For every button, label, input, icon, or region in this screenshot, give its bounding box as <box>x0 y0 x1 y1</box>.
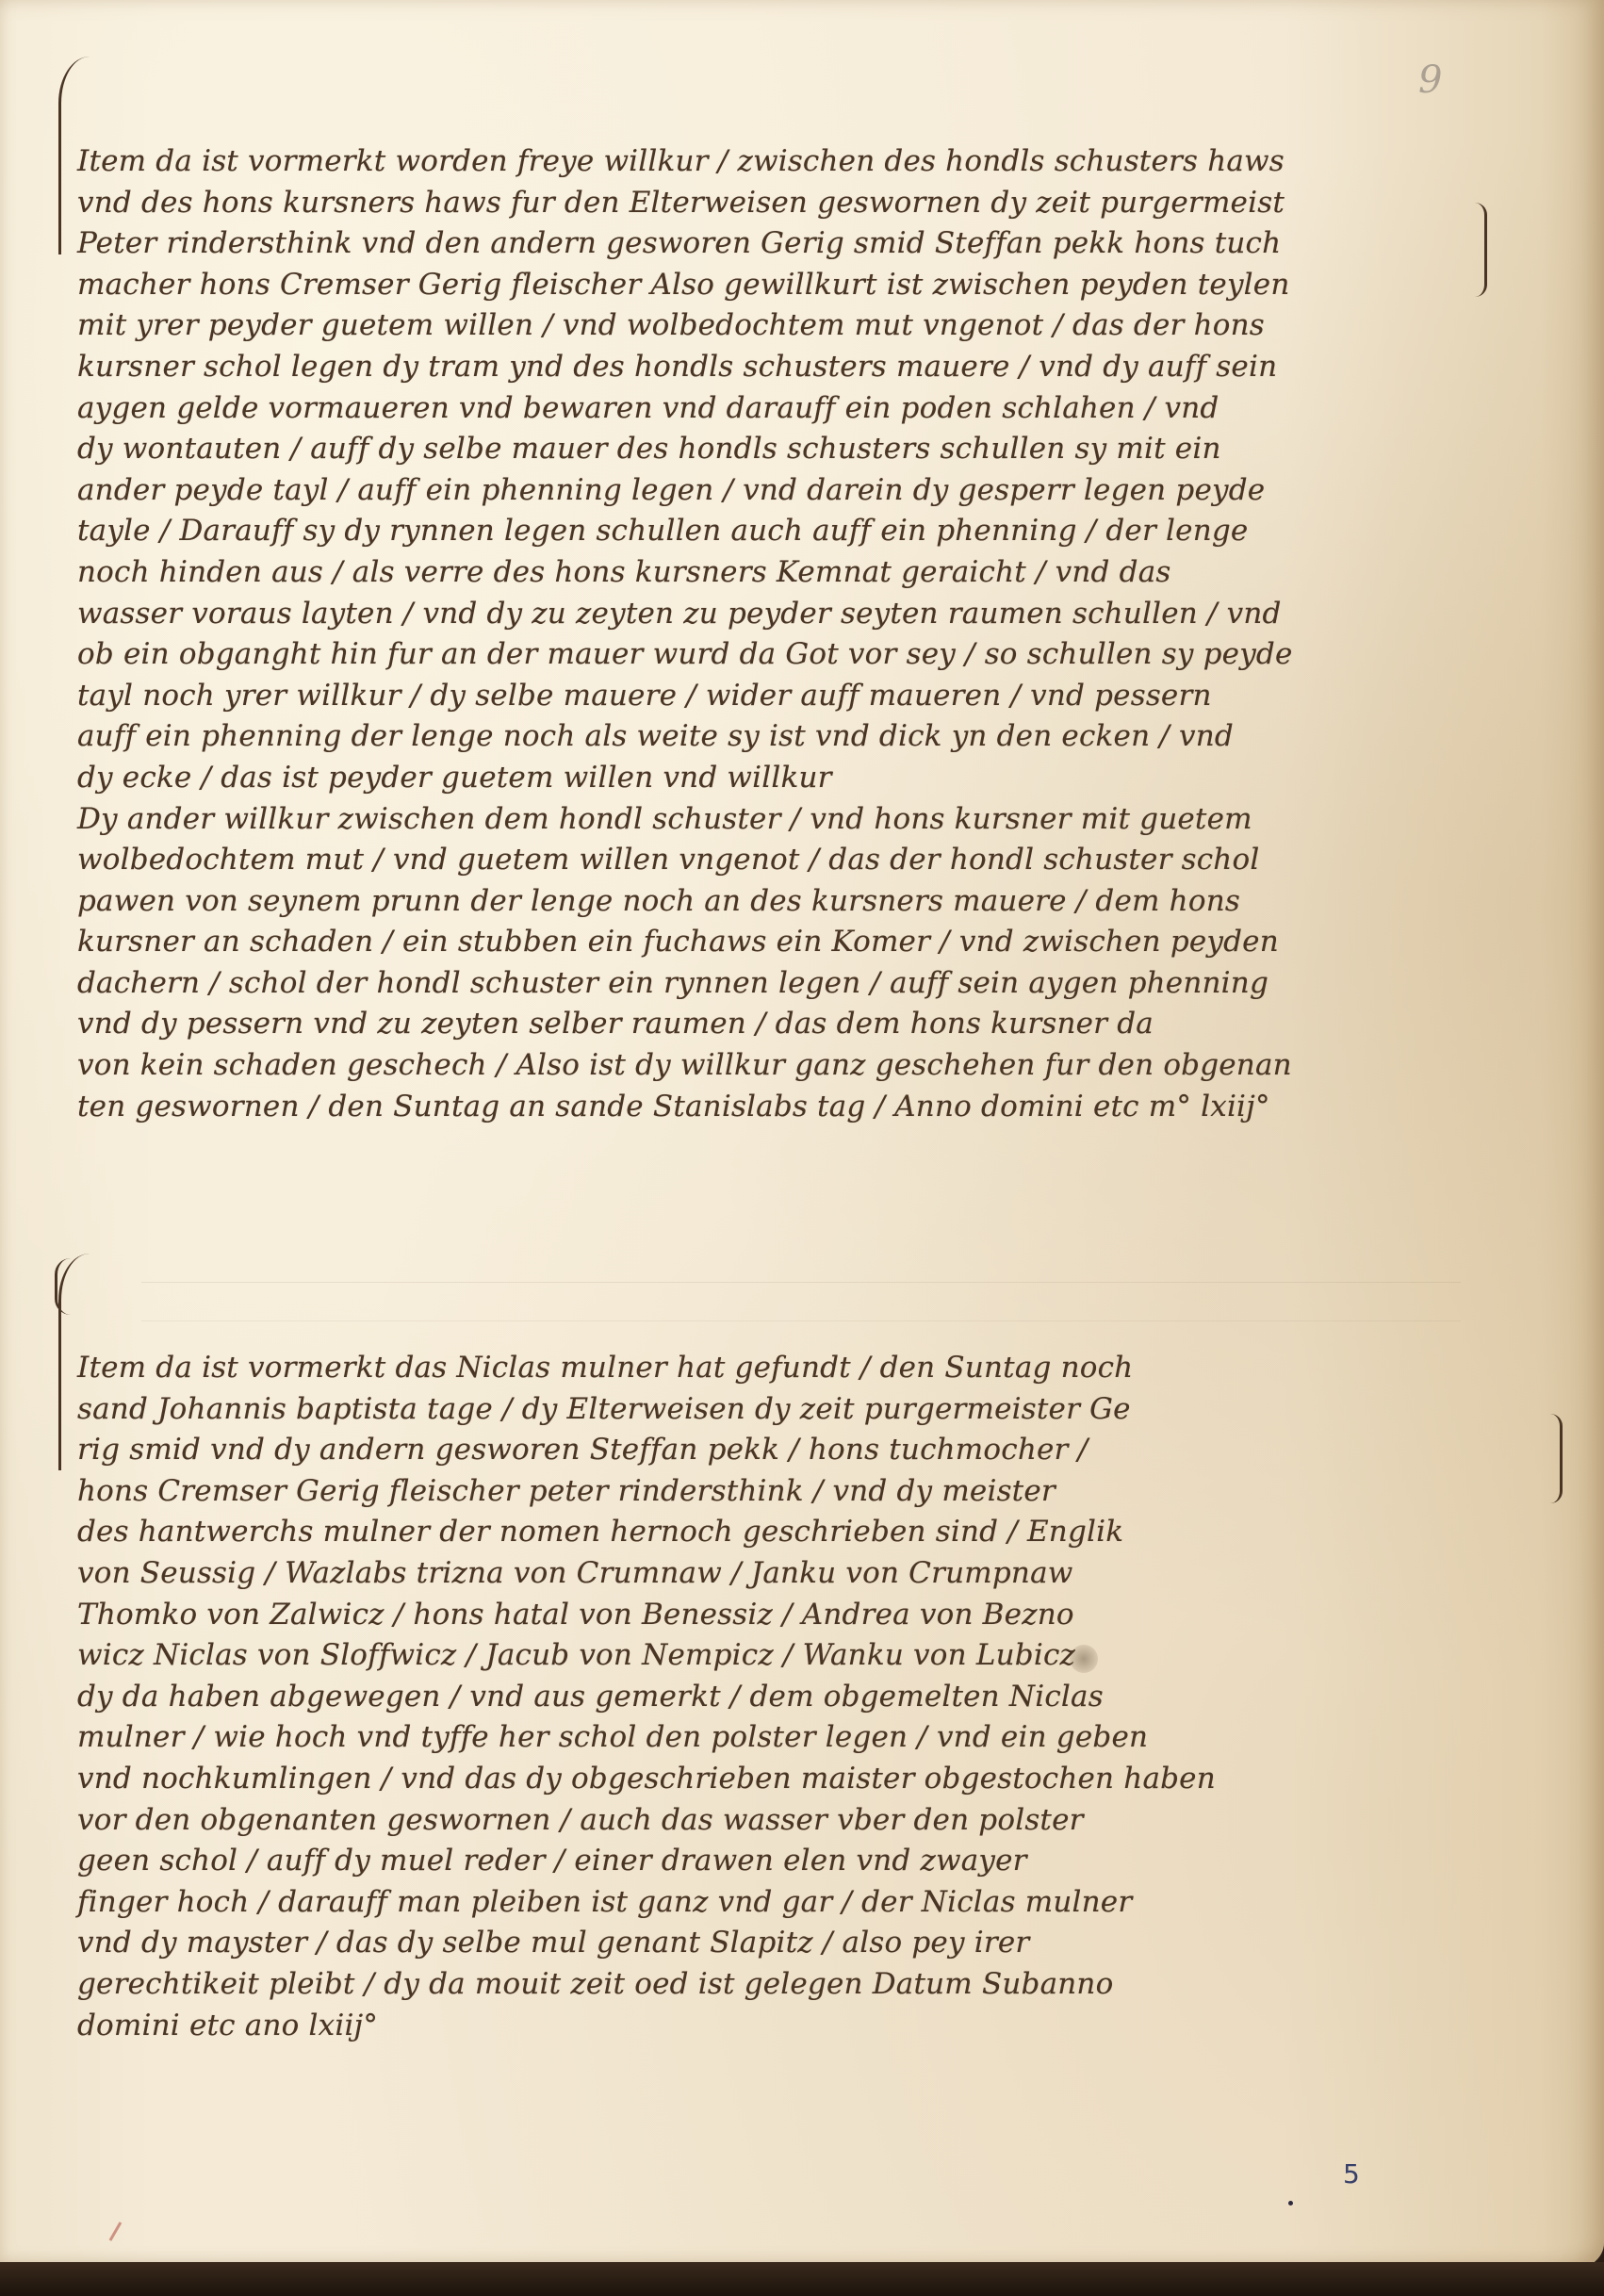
page-bottom-edge <box>0 2262 1604 2296</box>
text-line: mulner / wie hoch vnd tyffe her schol de… <box>77 1717 1510 1759</box>
text-line: wolbedochtem mut / vnd guetem willen vng… <box>77 840 1510 881</box>
text-line: finger hoch / darauff man pleiben ist ga… <box>77 1882 1510 1924</box>
stamp-dot <box>1288 2201 1293 2206</box>
text-line: ob ein obganght hin fur an der mauer wur… <box>77 634 1510 676</box>
text-line: vnd dy mayster / das dy selbe mul genant… <box>77 1923 1510 1964</box>
folio-number: 9 <box>1418 58 1442 102</box>
text-line: ander peyde tayl / auff ein phenning leg… <box>77 470 1510 512</box>
text-line: rig smid vnd dy andern gesworen Steffan … <box>77 1430 1510 1471</box>
page-stamp-number: 5 <box>1343 2158 1360 2189</box>
text-line: kursner schol legen dy tram ynd des hond… <box>77 347 1510 388</box>
text-line: macher hons Cremser Gerig fleischer Also… <box>77 265 1510 306</box>
text-line: domini etc ano lxiij° <box>77 2006 1510 2047</box>
text-line: dy ecke / das ist peyder guetem willen v… <box>77 758 1510 799</box>
entry-2: Item da ist vormerkt das Niclas mulner h… <box>77 1348 1510 2046</box>
entry-1: Item da ist vormerkt worden freye willku… <box>77 141 1510 1127</box>
text-line: sand Johannis baptista tage / dy Elterwe… <box>77 1389 1510 1431</box>
text-line: kursner an schaden / ein stubben ein fuc… <box>77 922 1510 963</box>
text-line: wasser voraus layten / vnd dy zu zeyten … <box>77 594 1510 635</box>
text-line: gerechtikeit pleibt / dy da mouit zeit o… <box>77 1964 1510 2006</box>
text-line: Peter rindersthink vnd den andern geswor… <box>77 223 1510 265</box>
text-line: mit yrer peyder guetem willen / vnd wolb… <box>77 305 1510 347</box>
text-line: von Seussig / Wazlabs trizna von Crumnaw… <box>77 1553 1510 1595</box>
text-line: auff ein phenning der lenge noch als wei… <box>77 716 1510 758</box>
text-line: wicz Niclas von Sloffwicz / Jacub von Ne… <box>77 1635 1510 1677</box>
margin-bracket-2 <box>1550 1414 1563 1503</box>
text-line: dachern / schol der hondl schuster ein r… <box>77 963 1510 1005</box>
text-line: vnd nochkumlingen / vnd das dy obgeschri… <box>77 1759 1510 1800</box>
text-line: Dy ander willkur zwischen dem hondl schu… <box>77 799 1510 841</box>
text-line: tayl noch yrer willkur / dy selbe mauere… <box>77 676 1510 717</box>
text-line: Item da ist vormerkt worden freye willku… <box>77 141 1510 183</box>
red-mark <box>109 2222 134 2248</box>
text-line: ten geswornen / den Suntag an sande Stan… <box>77 1087 1510 1128</box>
faint-ruling <box>141 1282 1461 1321</box>
text-line: dy da haben abgewegen / vnd aus gemerkt … <box>77 1677 1510 1718</box>
text-line: vor den obgenanten geswornen / auch das … <box>77 1800 1510 1842</box>
manuscript-page: 9 Item da ist vormerkt worden freye will… <box>0 0 1604 2271</box>
text-line: geen schol / auff dy muel reder / einer … <box>77 1841 1510 1882</box>
ink-stain <box>1070 1645 1098 1673</box>
text-line: Item da ist vormerkt das Niclas mulner h… <box>77 1348 1510 1389</box>
text-line: vnd dy pessern vnd zu zeyten selber raum… <box>77 1004 1510 1045</box>
text-line: vnd des hons kursners haws fur den Elter… <box>77 183 1510 224</box>
text-line: dy wontauten / auff dy selbe mauer des h… <box>77 429 1510 470</box>
text-line: tayle / Darauff sy dy rynnen legen schul… <box>77 511 1510 552</box>
text-line: Thomko von Zalwicz / hons hatal von Bene… <box>77 1595 1510 1636</box>
text-line: pawen von seynem prunn der lenge noch an… <box>77 881 1510 923</box>
text-line: hons Cremser Gerig fleischer peter rinde… <box>77 1471 1510 1513</box>
text-line: des hantwerchs mulner der nomen hernoch … <box>77 1512 1510 1553</box>
text-line: von kein schaden geschech / Also ist dy … <box>77 1045 1510 1087</box>
text-line: aygen gelde vormaueren vnd bewaren vnd d… <box>77 388 1510 430</box>
text-line: noch hinden aus / als verre des hons kur… <box>77 552 1510 594</box>
